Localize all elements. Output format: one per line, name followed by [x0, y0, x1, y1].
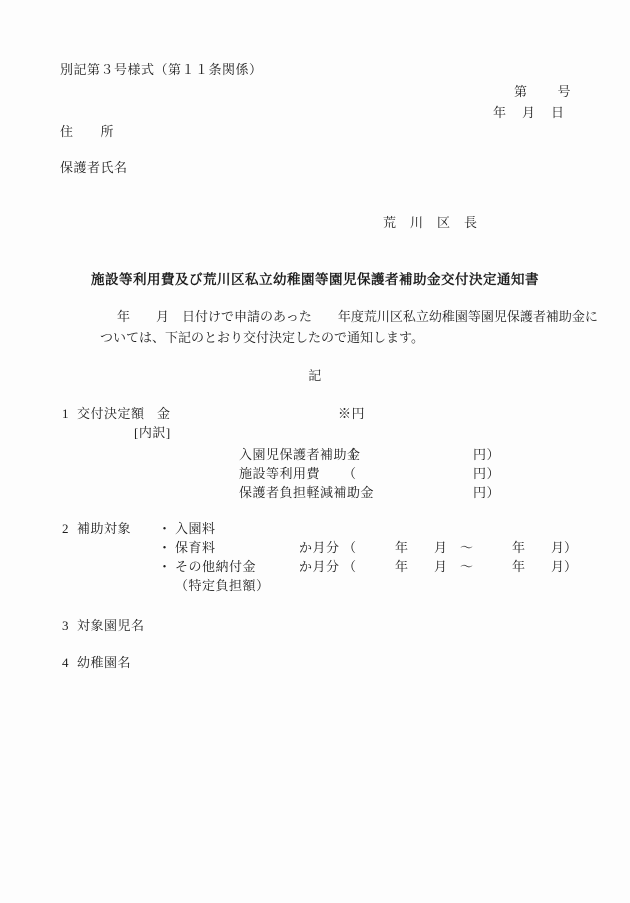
- section3-number: 3: [62, 618, 69, 634]
- address-label: 住 所: [60, 124, 114, 140]
- document-title: 施設等利用費及び荒川区私立幼稚園等園児保護者補助金交付決定通知書: [0, 272, 630, 288]
- breakdown-paren-close: 円）: [473, 466, 500, 482]
- subsidy-item-period: （ 年 月 ～ 年 月）: [343, 559, 577, 575]
- subsidy-item-label: 入園料: [175, 521, 216, 537]
- bullet-mark: ・: [158, 521, 172, 537]
- section4-number: 4: [62, 655, 69, 671]
- guardian-name-label: 保護者氏名: [60, 160, 128, 176]
- breakdown-paren-open: （: [343, 466, 357, 482]
- bullet-mark: ・: [158, 540, 172, 556]
- breakdown-paren-close: 円）: [473, 447, 500, 463]
- document-number-line: 第 号: [514, 84, 572, 100]
- section4-label: 幼稚園名: [77, 655, 131, 671]
- record-marker: 記: [0, 368, 630, 384]
- subsidy-item-label: その他納付金: [175, 559, 256, 575]
- date-line: 年 月 日: [493, 105, 566, 121]
- section2-note: （特定負担額）: [175, 578, 270, 594]
- bullet-mark: ・: [158, 559, 172, 575]
- breakdown-paren-open: （: [343, 447, 357, 463]
- subsidy-item-label: 保育料: [175, 540, 216, 556]
- body-paragraph-line1: 年 月 日付けで申請のあった 年度荒川区私立幼稚園等園児保護者補助金に: [117, 309, 598, 325]
- body-paragraph-line2: ついては、下記のとおり交付決定したので通知します。: [100, 330, 424, 346]
- breakdown-row-label: 施設等利用費: [239, 466, 320, 482]
- subsidy-item-months: か月分: [299, 559, 340, 575]
- section1-amount-note: ※円: [338, 406, 365, 422]
- breakdown-paren-close: 円）: [473, 485, 500, 501]
- section1-amount-prefix: 金: [157, 406, 171, 422]
- section1-number: 1: [62, 406, 69, 422]
- subsidy-item-months: か月分: [299, 540, 340, 556]
- section1-label: 交付決定額: [77, 406, 145, 422]
- subsidy-item-period: （ 年 月 ～ 年 月）: [343, 540, 577, 556]
- issuer-title: 荒 川 区 長: [383, 215, 478, 231]
- section2-label: 補助対象: [77, 521, 131, 537]
- document-page: 別記第３号様式（第１１条関係） 第 号 年 月 日 住 所 保護者氏名 荒 川 …: [0, 0, 630, 903]
- form-reference: 別記第３号様式（第１１条関係）: [60, 62, 263, 78]
- section3-label: 対象園児名: [77, 618, 145, 634]
- breakdown-paren-open: （: [343, 485, 357, 501]
- section1-breakdown-label: [内訳]: [134, 425, 171, 441]
- section2-number: 2: [62, 521, 69, 537]
